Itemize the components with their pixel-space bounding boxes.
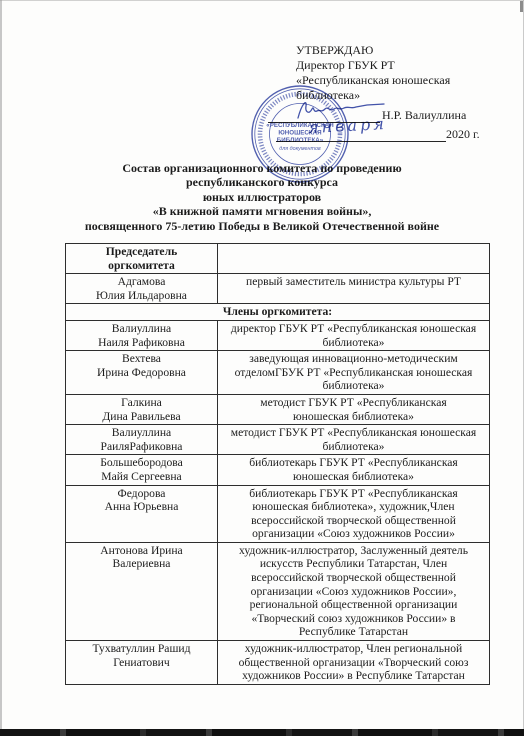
stamp-text-line-3: БИБЛИОТЕКА» [277, 137, 324, 144]
member-position-cell: заведующая инновационно-методическим отд… [218, 351, 490, 395]
member-position-cell: методист ГБУК РТ «Республиканская юношес… [218, 394, 490, 424]
approver-title-line-1: Директор ГБУК РТ [296, 58, 450, 73]
signature-name: Н.Р. Валиуллина [382, 108, 466, 123]
scan-edge-top [0, 0, 524, 1]
scan-corner-artifact [520, 1, 523, 12]
table-row: Большебородова Майя Сергеевнабиблиотекар… [66, 455, 490, 485]
table-row: Антонова Ирина Валериевнахудожник-иллюст… [66, 542, 490, 640]
table-row: Федорова Анна Юрьевнабиблиотекарь ГБУК Р… [66, 485, 490, 542]
member-position-cell: библиотекарь ГБУК РТ «Республиканская юн… [218, 455, 490, 485]
stamp-text-line-4: для документов [279, 146, 321, 152]
member-name-cell: Вехтева Ирина Федоровна [66, 351, 218, 395]
document-page: УТВЕРЖДАЮ Директор ГБУК РТ «Республиканс… [0, 0, 524, 736]
scan-edge-left [0, 0, 2, 736]
table-row: Галкина Дина Равильеваметодист ГБУК РТ «… [66, 394, 490, 424]
committee-table: Председатель оргкомитетаАдгамова Юлия Ил… [65, 243, 490, 685]
table-row: Вехтева Ирина Федоровназаведующая иннова… [66, 351, 490, 395]
title-line-4: «В книжной памяти мгновения войны», [0, 204, 524, 218]
member-position-cell: первый заместитель министра культуры РТ [218, 274, 490, 304]
year-label: 2020 г. [446, 127, 480, 142]
title-line-3: юных иллюстраторов [0, 190, 524, 204]
member-name-cell: Федорова Анна Юрьевна [66, 485, 218, 542]
member-name-cell: Антонова Ирина Валериевна [66, 542, 218, 640]
member-name-cell: Валиуллина Наиля Рафиковна [66, 320, 218, 350]
committee-table-body: Председатель оргкомитетаАдгамова Юлия Ил… [66, 244, 490, 685]
table-row: Тухватуллин Рашид Гениатовичхудожник-илл… [66, 641, 490, 685]
table-row: Председатель оргкомитета [66, 244, 490, 274]
member-position-cell: директор ГБУК РТ «Республиканская юношес… [218, 320, 490, 350]
member-name-cell: Большебородова Майя Сергеевна [66, 455, 218, 485]
scan-bottom-edge [0, 729, 524, 736]
title-line-5: посвященного 75-летию Победы в Великой О… [0, 219, 524, 233]
member-position-cell: библиотекарь ГБУК РТ «Республиканская юн… [218, 485, 490, 542]
member-position-cell: художник-иллюстратор, Член региональной … [218, 641, 490, 685]
member-name-cell: Тухватуллин Рашид Гениатович [66, 641, 218, 685]
table-row: Адгамова Юлия Ильдаровнапервый заместите… [66, 274, 490, 304]
member-position-cell: методист ГБУК РТ «Республиканская юношес… [218, 425, 490, 455]
member-name-cell: Галкина Дина Равильева [66, 394, 218, 424]
table-row: Валиуллина РаиляРафиковнаметодист ГБУК Р… [66, 425, 490, 455]
table-row: Члены оргкомитета: [66, 304, 490, 321]
member-name-cell: Валиуллина РаиляРафиковна [66, 425, 218, 455]
member-position-cell [218, 244, 490, 274]
member-name-cell: Адгамова Юлия Ильдаровна [66, 274, 218, 304]
table-row: Валиуллина Наиля Рафиковнадиректор ГБУК … [66, 320, 490, 350]
approval-label: УТВЕРЖДАЮ [296, 43, 450, 58]
member-name-cell: Председатель оргкомитета [66, 244, 218, 274]
member-position-cell: художник-иллюстратор, Заслуженный деятел… [218, 542, 490, 640]
section-header-cell: Члены оргкомитета: [66, 304, 490, 321]
